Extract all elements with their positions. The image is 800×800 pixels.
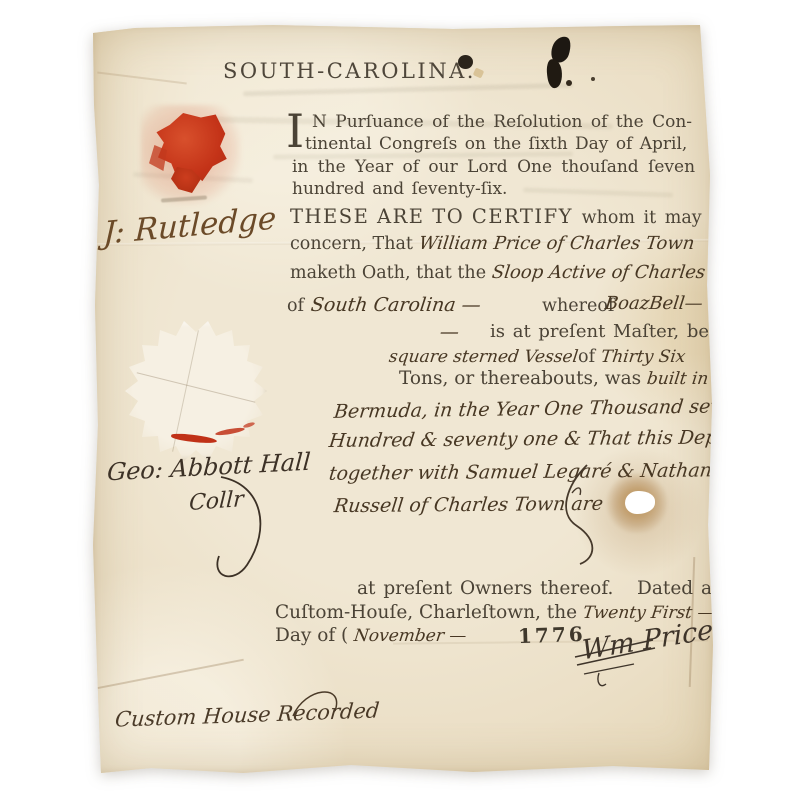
embossed-paper-seal bbox=[123, 321, 269, 463]
governor-signature: J: Rutledge bbox=[102, 201, 278, 252]
closing-line1: at preſent Owners thereof. Dated at the bbox=[357, 578, 758, 599]
certify-caps: THESE ARE TO CERTIFY bbox=[290, 205, 573, 228]
certify-rest: whom it may bbox=[573, 208, 702, 228]
handwritten-line4: Russell of Charles Town are bbox=[334, 493, 603, 517]
date-year: 1776 bbox=[518, 622, 586, 648]
preamble-line1: N Purſuance of the Reſolution of the Con… bbox=[312, 112, 692, 132]
certify-line2: concern, That William Price of Charles T… bbox=[290, 233, 694, 254]
ink-showthrough bbox=[243, 83, 573, 97]
red-wax-seal bbox=[141, 105, 241, 205]
ink-blot bbox=[458, 55, 473, 69]
certify-line7: Tons, or thereabouts, was built in bbox=[399, 368, 708, 389]
ink-showthrough bbox=[523, 187, 673, 197]
master-name-script: BoazBell— bbox=[605, 293, 703, 314]
certify-line6: square sterned Vessel of Thirty Six bbox=[389, 347, 685, 367]
line7-printed: Tons, or thereabouts, was bbox=[399, 368, 647, 389]
docket-note: Custom House Recorded bbox=[115, 698, 380, 731]
preamble-line2: tinental Congreſs on the ſixth Day of Ap… bbox=[305, 134, 687, 154]
certify-line5: is at preſent Maſter, being a bbox=[490, 321, 756, 342]
certify-line3-printed: maketh Oath, that the bbox=[290, 263, 492, 283]
fold-crease bbox=[97, 72, 187, 85]
certify-line2-printed: concern, That bbox=[290, 234, 419, 254]
parchment-wrapper: SOUTH-CAROLINA. I N Purſuance of the Reſ… bbox=[93, 25, 713, 773]
photographed-document: SOUTH-CAROLINA. I N Purſuance of the Reſ… bbox=[0, 0, 800, 800]
certify-line1: THESE ARE TO CERTIFY whom it may bbox=[290, 205, 702, 228]
certify-line3: maketh Oath, that the Sloop Active of Ch… bbox=[290, 262, 759, 283]
ink-blot bbox=[566, 80, 572, 86]
handwritten-line2: Hundred & seventy one & That this Depone… bbox=[329, 426, 772, 452]
built-in-script: built in bbox=[646, 369, 710, 389]
ink-blot bbox=[591, 77, 595, 81]
date-month-script: November — bbox=[353, 626, 468, 646]
handwritten-line1: Bermuda, in the Year One Thousand seven bbox=[334, 395, 745, 423]
closing-line2: Cuſtom-Houſe, Charleſtown, the Twenty Fi… bbox=[275, 602, 714, 623]
certify-line4-of: of bbox=[287, 296, 304, 316]
document-title: SOUTH-CAROLINA. bbox=[223, 59, 476, 83]
parchment-certificate: SOUTH-CAROLINA. I N Purſuance of the Reſ… bbox=[93, 25, 713, 773]
certify-line3-script: Sloop Active of Charles Town bbox=[490, 262, 760, 283]
preamble-line4: hundred and ſeventy-ſix. bbox=[292, 179, 507, 199]
vessel-homeport-script: South Carolina — bbox=[311, 294, 481, 316]
closing-line3-printed: Day of ( bbox=[275, 625, 354, 646]
preamble-line3: in the Year of our Lord One thouſand ſev… bbox=[292, 157, 695, 177]
closing-line3: Day of ( November — bbox=[275, 625, 467, 646]
fold-crease bbox=[96, 659, 244, 690]
line5-dash-script: — bbox=[440, 321, 459, 343]
tonnage-script: Thirty Six bbox=[599, 347, 686, 367]
ink-blot bbox=[545, 58, 564, 89]
handwritten-line3: together with Samuel Legaré & Nathaniel bbox=[329, 459, 736, 485]
closing-line2-printed: Cuſtom-Houſe, Charleſtown, the bbox=[275, 602, 583, 623]
vessel-type-script: square sterned Vessel bbox=[388, 347, 580, 367]
line6-of-printed: of bbox=[578, 347, 601, 367]
certify-line2-script: William Price of Charles Town bbox=[417, 233, 695, 254]
preamble-dropcap: I bbox=[286, 109, 304, 153]
collector-title: Collr bbox=[188, 487, 244, 516]
